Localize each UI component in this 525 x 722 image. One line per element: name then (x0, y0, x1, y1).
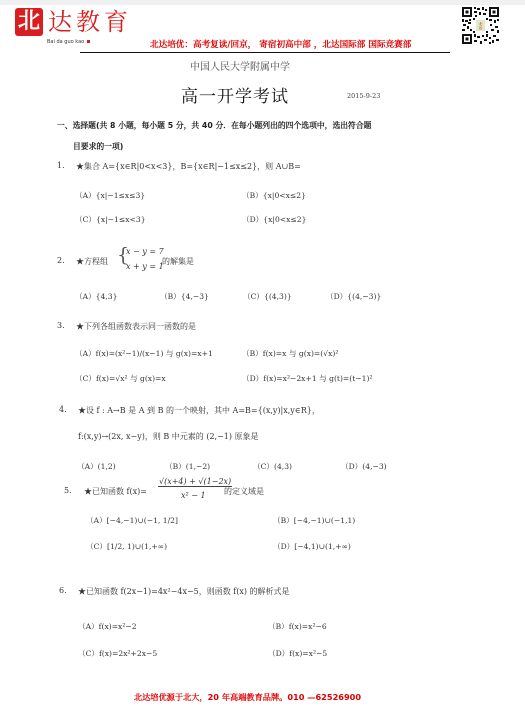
logo-text: 达教育 (48, 9, 132, 35)
option-text: f(x)=(x²−1)/(x−1) 与 g(x)=x+1 (96, 349, 213, 358)
option-label: （D） (242, 215, 263, 224)
option-text: f(x)=x²−6 (289, 622, 327, 631)
option-label: （C） (253, 462, 274, 471)
option-c[interactable]: （C）f(x)=2x²+2x−5 (78, 648, 157, 659)
option-text: {x|−1≤x<3} (96, 215, 146, 224)
option-label: （C） (75, 374, 96, 383)
option-label: （B） (165, 462, 186, 471)
option-c[interactable]: （C）f(x)=√x² 与 g(x)=x (75, 373, 166, 384)
option-c[interactable]: （C）{(4,3)} (243, 291, 292, 302)
option-label: （D） (273, 542, 294, 551)
option-text: {x|0<x≤2} (263, 215, 306, 224)
option-text: {4,3} (96, 292, 118, 301)
option-text: (4,−3) (362, 462, 386, 471)
option-label: （A） (77, 462, 98, 471)
option-text: {(4,3)} (264, 292, 292, 301)
question-number: 5. (64, 486, 72, 495)
fraction-denominator: x² − 1 (181, 491, 206, 500)
svg-text:达: 达 (479, 25, 483, 30)
option-label: （B） (268, 622, 289, 631)
option-text: (4,3) (274, 462, 292, 471)
section-heading-line1: 一、选择题(共 8 小题，每小题 5 分，共 40 分．在每小题列出的四个选项中… (57, 115, 397, 136)
option-text: f(x)=2x²+2x−5 (99, 649, 157, 658)
option-label: （A） (75, 191, 96, 200)
option-text: [−4,−1)∪(−1, 1/2] (107, 516, 178, 525)
option-text: f(x)=x²−5 (289, 649, 327, 658)
top-band (0, 0, 525, 5)
exam-title: 高一开学考试 (181, 82, 289, 107)
option-text: (1,2) (98, 462, 116, 471)
option-c[interactable]: （C）[1/2, 1)∪(1,+∞) (86, 541, 167, 552)
option-c[interactable]: （C）{x|−1≤x<3} (75, 214, 146, 225)
option-label: （B） (242, 191, 263, 200)
option-text: f(x)=x²−2 (99, 622, 137, 631)
option-text: f(x)=√x² 与 g(x)=x (96, 374, 166, 383)
option-c[interactable]: （C）(4,3) (253, 461, 292, 472)
question-stem: ★设 f : A→B 是 A 到 B 的一个映射，其中 A=B={(x,y)|x… (78, 405, 320, 416)
option-label: （A） (75, 292, 96, 301)
school-name: 中国人民大学附属中学 (0, 58, 525, 73)
logo-mark-text: 北 (18, 11, 40, 33)
option-b[interactable]: （B）{4,−3} (160, 291, 209, 302)
option-b[interactable]: （B）(1,−2) (165, 461, 210, 472)
question-number: 3. (57, 321, 65, 330)
option-label: （C） (78, 649, 99, 658)
option-d[interactable]: （D）f(x)=x²−5 (268, 648, 327, 659)
question-stem: ★下列各组函数表示同一函数的是 (76, 321, 196, 332)
system-line-1: x − y = 7 (126, 247, 164, 256)
footer-slogan: 北达培优源于北大，20 年高端教育品牌。010 —62526900 (0, 692, 525, 703)
qr-code-icon: 北 达 (461, 6, 500, 45)
option-a[interactable]: （A）f(x)=x²−2 (78, 621, 137, 632)
option-text: f(x)=x²−2x+1 与 g(t)=(t−1)² (263, 374, 372, 383)
option-d[interactable]: （D）[−4,1)∪(1,+∞) (273, 541, 351, 552)
exam-date: 2015-9-23 (347, 92, 380, 100)
option-label: （D） (242, 374, 263, 383)
option-a[interactable]: （A）(1,2) (77, 461, 116, 472)
option-label: （D） (326, 292, 347, 301)
system-line-2: x + y = 1 (126, 262, 164, 271)
option-text: [−4,−1)∪(−1,1) (294, 516, 355, 525)
logo-pinyin-text: Bai da guo kao (47, 39, 84, 45)
option-b[interactable]: （B）{x|0<x≤2} (242, 190, 306, 201)
logo-mark: 北 (15, 8, 43, 36)
option-label: （C） (243, 292, 264, 301)
question-stem-suffix: 的解集是 (162, 256, 194, 267)
question-number: 4. (59, 405, 67, 414)
option-label: （A） (75, 349, 96, 358)
section-heading-line2: 目要求的一项) (57, 136, 397, 157)
option-label: （D） (341, 462, 362, 471)
option-d[interactable]: （D）(4,−3) (341, 461, 387, 472)
option-a[interactable]: （A）[−4,−1)∪(−1, 1/2] (86, 515, 178, 526)
option-text: {x|−1≤x≤3} (96, 191, 146, 200)
option-text: (1,−2) (186, 462, 210, 471)
logo-dot-icon (87, 40, 90, 43)
question-stem-suffix: 的定义域是 (224, 486, 264, 497)
question-stem-prefix: ★方程组 (76, 256, 108, 267)
option-text: {(4,−3)} (347, 292, 381, 301)
option-text: [−4,1)∪(1,+∞) (294, 542, 351, 551)
question-stem: ★已知函数 f(2x−1)=4x²−4x−5，则函数 f(x) 的解析式是 (78, 586, 290, 597)
question-number: 2. (57, 256, 65, 265)
option-text: [1/2, 1)∪(1,+∞) (107, 542, 167, 551)
option-b[interactable]: （B）f(x)=x²−6 (268, 621, 327, 632)
option-a[interactable]: （A）f(x)=(x²−1)/(x−1) 与 g(x)=x+1 (75, 348, 213, 359)
question-number: 6. (59, 586, 67, 595)
question-stem-prefix: ★已知函数 f(x)= (84, 486, 147, 497)
question-stem: ★集合 A={x∈R|0<x<3}，B={x∈R|−1≤x≤2}，则 A∪B= (76, 161, 301, 172)
option-label: （B） (160, 292, 181, 301)
option-d[interactable]: （D）{x|0<x≤2} (242, 214, 306, 225)
option-b[interactable]: （B）[−4,−1)∪(−1,1) (273, 515, 355, 526)
logo-pinyin: Bai da guo kao (47, 39, 90, 45)
option-text: {x|0<x≤2} (263, 191, 306, 200)
header-slogan: 北达培优：高考复读/回京， 寄宿初高中部 ，北达国际部 国际竞赛部 (150, 38, 411, 50)
option-label: （A） (86, 516, 107, 525)
option-label: （B） (273, 516, 294, 525)
option-text: {4,−3} (181, 292, 209, 301)
section-heading: 一、选择题(共 8 小题，每小题 5 分，共 40 分．在每小题列出的四个选项中… (57, 115, 397, 157)
option-label: （B） (242, 349, 263, 358)
option-d[interactable]: （D）{(4,−3)} (326, 291, 381, 302)
question-number: 1. (57, 161, 65, 170)
option-label: （C） (86, 542, 107, 551)
option-label: （C） (75, 215, 96, 224)
option-label: （A） (78, 622, 99, 631)
option-text: f(x)=x 与 g(x)=(√x)² (263, 349, 339, 358)
fraction-numerator: √(x+4) + √(1−2x) (158, 477, 232, 487)
option-a[interactable]: （A）{x|−1≤x≤3} (75, 190, 145, 201)
option-label: （D） (268, 649, 289, 658)
question-stem-line2: f:(x,y)→(2x, x−y)，则 B 中元素的 (2,−1) 原象是 (78, 431, 259, 442)
option-a[interactable]: （A）{4,3} (75, 291, 117, 302)
header-divider (80, 52, 450, 53)
option-b[interactable]: （B）f(x)=x 与 g(x)=(√x)² (242, 348, 338, 359)
option-d[interactable]: （D）f(x)=x²−2x+1 与 g(t)=(t−1)² (242, 373, 373, 384)
